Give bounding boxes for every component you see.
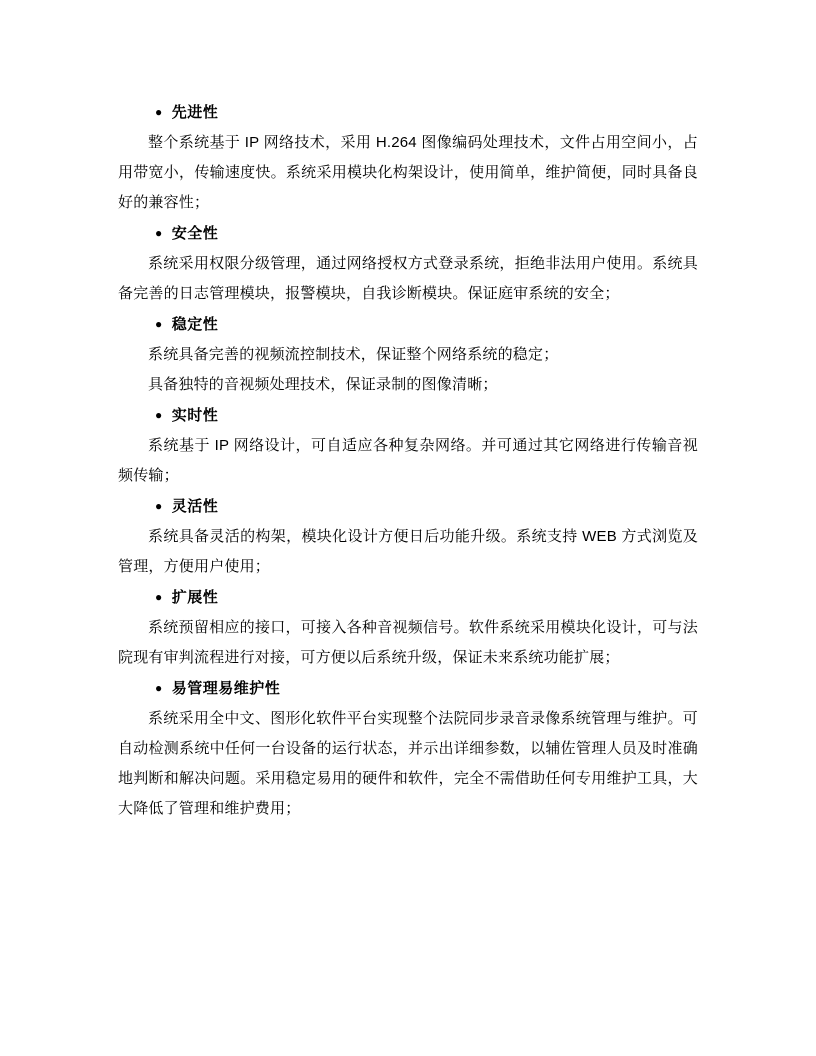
section-realtime: ●实时性 系统基于 IP 网络设计，可自适应各种复杂网络。并可通过其它网络进行传…	[118, 400, 698, 491]
section-heading-label: 安全性	[172, 225, 219, 242]
section-maintainability: ●易管理易维护性 系统采用全中文、图形化软件平台实现整个法院同步录音录像系统管理…	[118, 673, 698, 824]
bullet-icon: ●	[155, 309, 163, 340]
bullet-icon: ●	[155, 491, 163, 522]
section-heading-label: 易管理易维护性	[172, 680, 281, 697]
bullet-icon: ●	[155, 673, 163, 704]
section-extensibility: ●扩展性 系统预留相应的接口，可接入各种音视频信号。软件系统采用模块化设计，可与…	[118, 582, 698, 673]
paragraph: 系统预留相应的接口，可接入各种音视频信号。软件系统采用模块化设计，可与法院现有审…	[118, 613, 698, 673]
section-advancedness: ●先进性 整个系统基于 IP 网络技术，采用 H.264 图像编码处理技术，文件…	[118, 97, 698, 218]
section-heading: ●安全性	[118, 218, 698, 249]
section-flexibility: ●灵活性 系统具备灵活的构架，模块化设计方便日后功能升级。系统支持 WEB 方式…	[118, 491, 698, 582]
section-heading-label: 实时性	[172, 407, 219, 424]
paragraph: 系统具备灵活的构架，模块化设计方便日后功能升级。系统支持 WEB 方式浏览及管理…	[118, 522, 698, 582]
bullet-icon: ●	[155, 582, 163, 613]
section-heading-label: 灵活性	[172, 498, 219, 515]
document-content: ●先进性 整个系统基于 IP 网络技术，采用 H.264 图像编码处理技术，文件…	[0, 0, 816, 824]
bullet-icon: ●	[155, 218, 163, 249]
section-heading: ●易管理易维护性	[118, 673, 698, 704]
section-heading: ●实时性	[118, 400, 698, 431]
paragraph: 具备独特的音视频处理技术，保证录制的图像清晰；	[118, 370, 698, 400]
section-heading-label: 先进性	[172, 104, 219, 121]
paragraph: 系统采用全中文、图形化软件平台实现整个法院同步录音录像系统管理与维护。可自动检测…	[118, 704, 698, 824]
bullet-icon: ●	[155, 97, 163, 128]
document-page: ●先进性 整个系统基于 IP 网络技术，采用 H.264 图像编码处理技术，文件…	[0, 0, 816, 1056]
section-security: ●安全性 系统采用权限分级管理，通过网络授权方式登录系统，拒绝非法用户使用。系统…	[118, 218, 698, 309]
section-stability: ●稳定性 系统具备完善的视频流控制技术，保证整个网络系统的稳定； 具备独特的音视…	[118, 309, 698, 400]
section-heading-label: 稳定性	[172, 316, 219, 333]
paragraph: 系统具备完善的视频流控制技术，保证整个网络系统的稳定；	[118, 340, 698, 370]
section-heading: ●稳定性	[118, 309, 698, 340]
section-heading: ●灵活性	[118, 491, 698, 522]
bullet-icon: ●	[155, 400, 163, 431]
paragraph: 系统基于 IP 网络设计，可自适应各种复杂网络。并可通过其它网络进行传输音视频传…	[118, 431, 698, 491]
paragraph: 系统采用权限分级管理，通过网络授权方式登录系统，拒绝非法用户使用。系统具备完善的…	[118, 249, 698, 309]
section-heading-label: 扩展性	[172, 589, 219, 606]
section-heading: ●扩展性	[118, 582, 698, 613]
section-heading: ●先进性	[118, 97, 698, 128]
paragraph: 整个系统基于 IP 网络技术，采用 H.264 图像编码处理技术，文件占用空间小…	[118, 128, 698, 218]
